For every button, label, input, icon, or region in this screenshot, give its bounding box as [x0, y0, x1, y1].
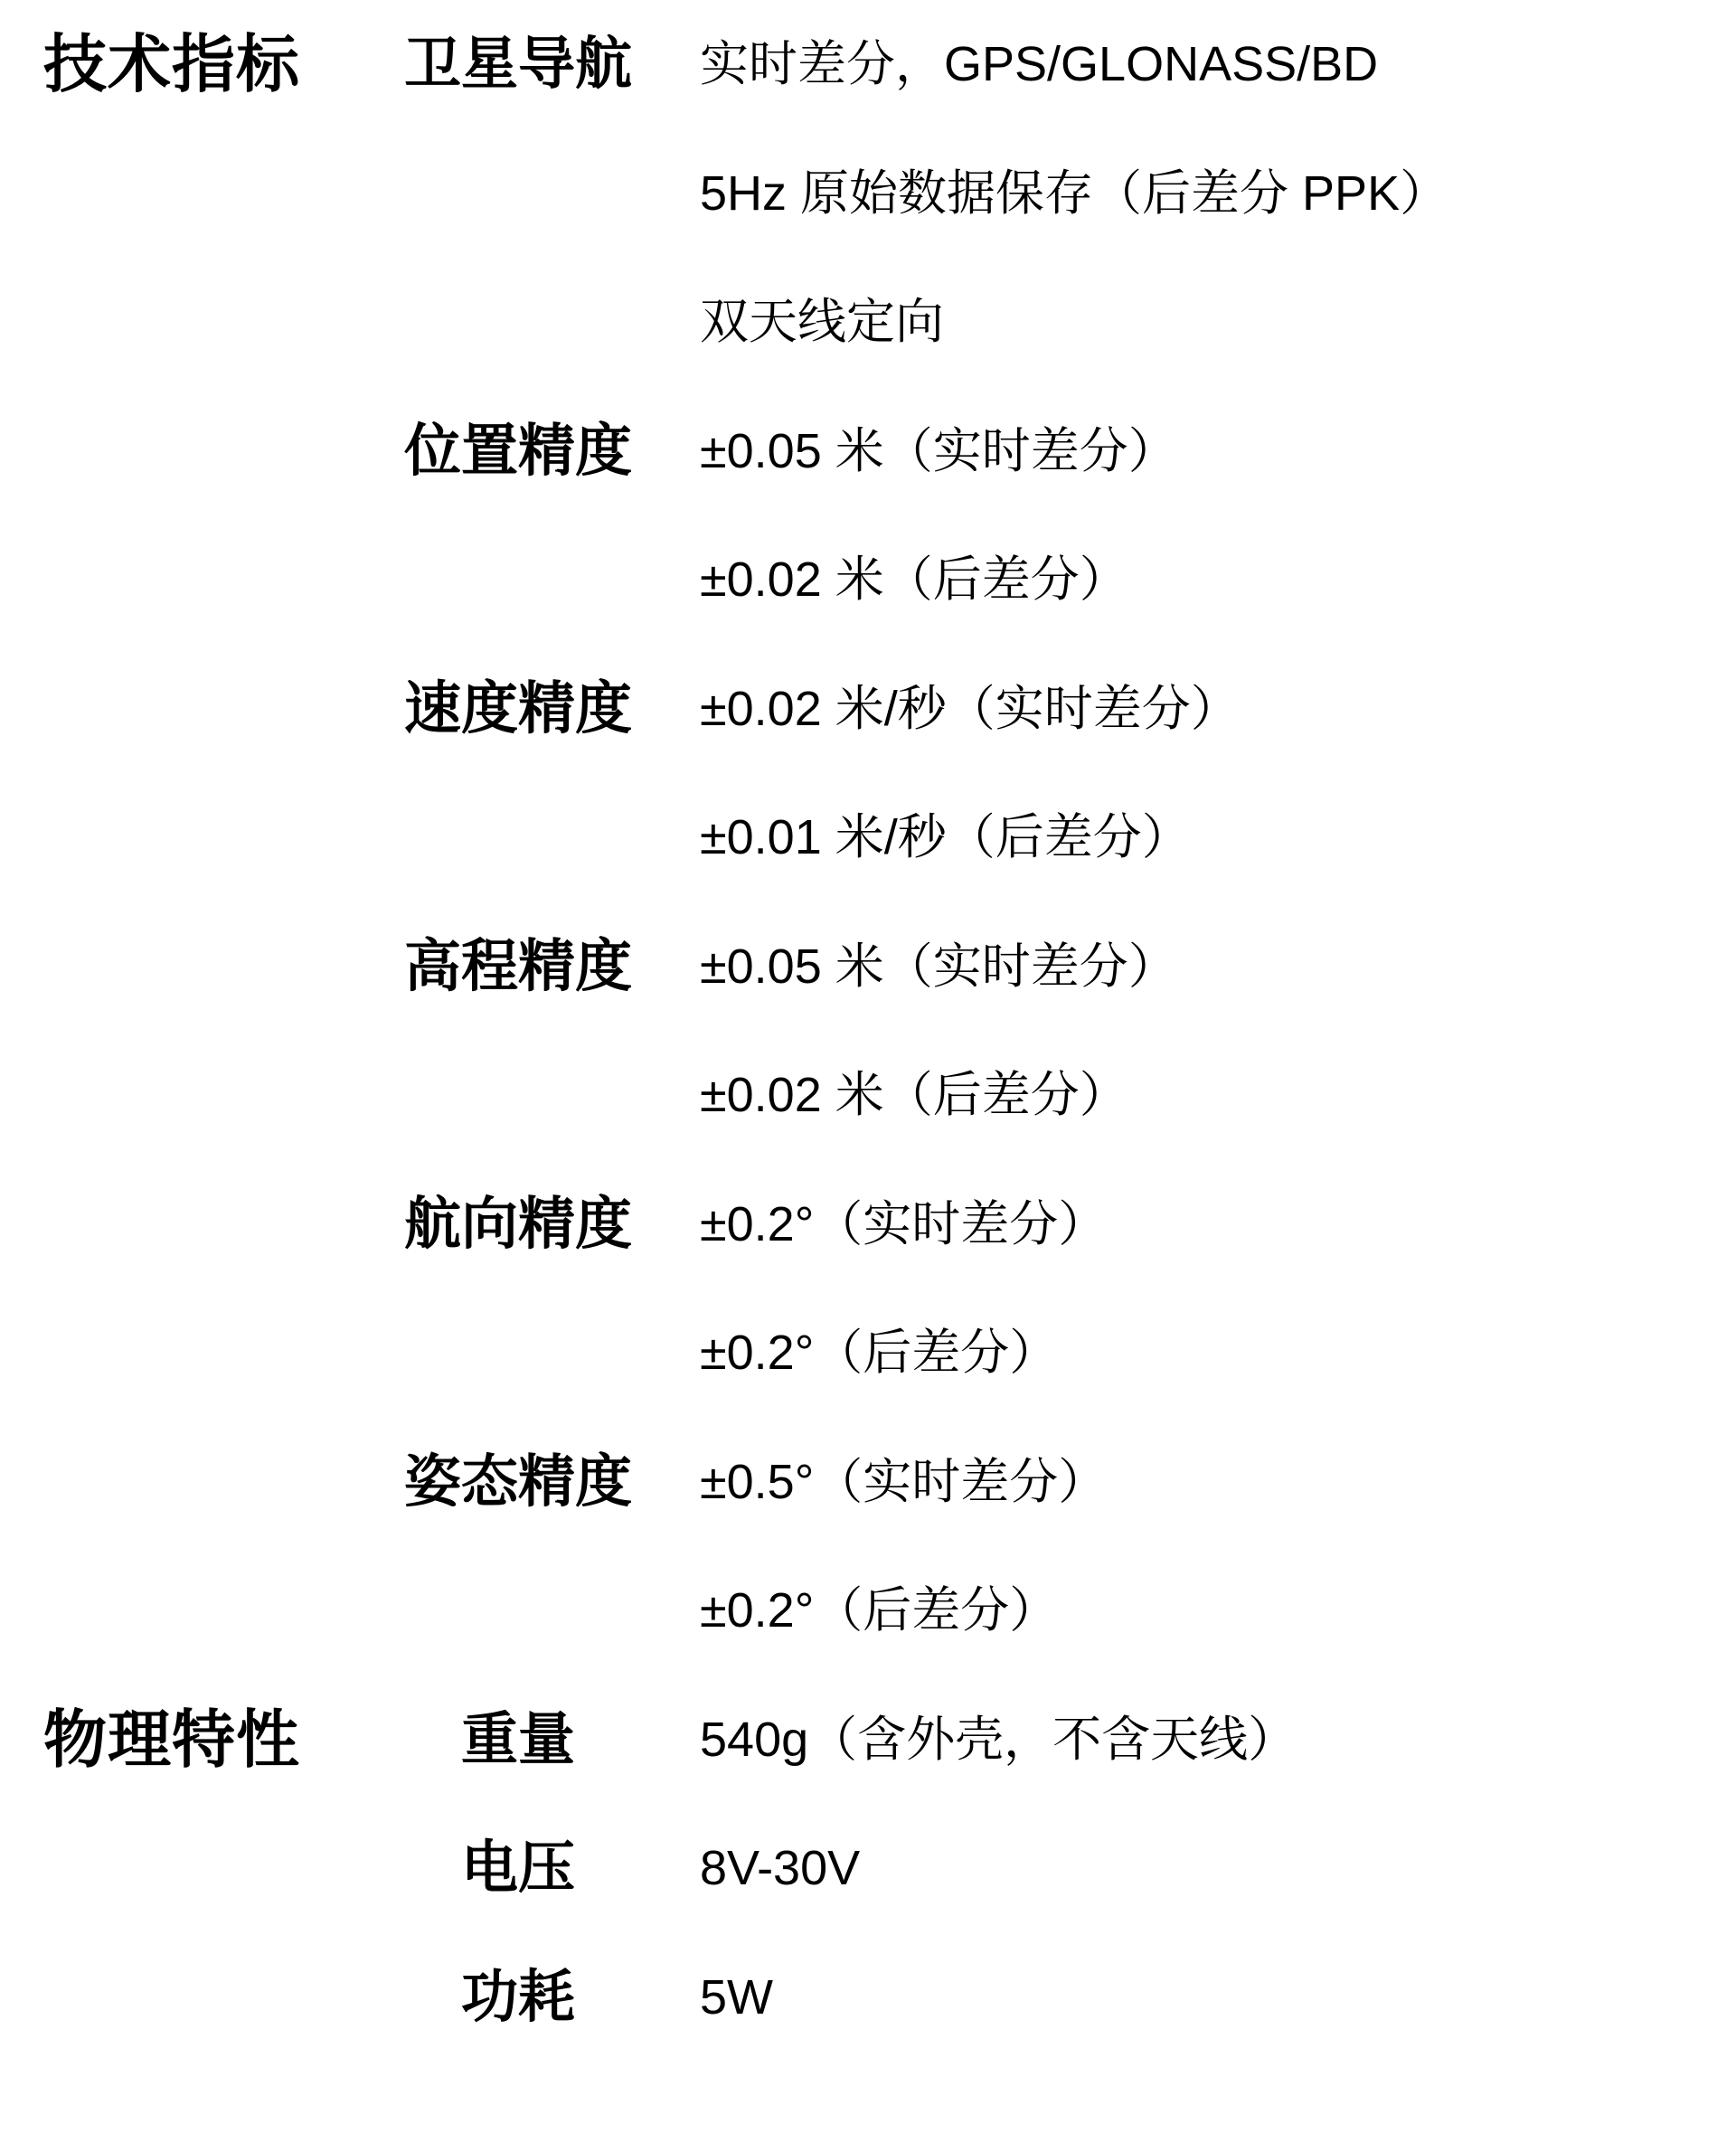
- spec-value: ±0.02 米/秒（实时差分）: [700, 645, 1736, 774]
- attribute-label: 重量: [389, 1675, 647, 1805]
- attr-group-attitude-accuracy: 姿态精度 ±0.5°（实时差分） ±0.2°（后差分）: [389, 1418, 1736, 1675]
- section-technical-specs: 技术指标 卫星导航 实时差分，GPS/GLONASS/BD 5Hz 原始数据保存…: [0, 0, 1736, 1675]
- attr-values-column: 540g（含外壳，不含天线）: [647, 1675, 1736, 1805]
- spec-value: 540g（含外壳，不含天线）: [700, 1675, 1736, 1805]
- attr-label-column: 位置精度: [389, 387, 647, 516]
- spec-value: ±0.02 米（后差分）: [700, 515, 1736, 645]
- attr-label-column: 高程精度: [389, 902, 647, 1032]
- spec-value: 实时差分，GPS/GLONASS/BD: [700, 0, 1736, 129]
- attr-group-satellite-nav: 卫星导航 实时差分，GPS/GLONASS/BD 5Hz 原始数据保存（后差分 …: [389, 0, 1736, 387]
- attribute-label: 功耗: [389, 1933, 647, 2062]
- attribute-label: 姿态精度: [389, 1418, 647, 1547]
- spec-value: 8V-30V: [700, 1804, 1736, 1933]
- attr-values-column: 5W: [647, 1933, 1736, 2062]
- attribute-label: 位置精度: [389, 387, 647, 516]
- section-title: 物理特性: [43, 1675, 389, 1805]
- section-title-column: 物理特性: [0, 1675, 389, 1805]
- section-attributes: 重量 540g（含外壳，不含天线） 电压 8V-30V: [389, 1675, 1736, 2062]
- spec-value: 双天线定向: [700, 258, 1736, 387]
- spec-value: ±0.05 米（实时差分）: [700, 387, 1736, 516]
- attr-label-column: 航向精度: [389, 1160, 647, 1289]
- section-title-column: 技术指标: [0, 0, 389, 129]
- spec-value: ±0.5°（实时差分）: [700, 1418, 1736, 1547]
- attr-label-column: 速度精度: [389, 645, 647, 774]
- section-attributes: 卫星导航 实时差分，GPS/GLONASS/BD 5Hz 原始数据保存（后差分 …: [389, 0, 1736, 1675]
- attribute-label: 电压: [389, 1804, 647, 1933]
- attr-group-weight: 重量 540g（含外壳，不含天线）: [389, 1675, 1736, 1805]
- spec-value: ±0.01 米/秒（后差分）: [700, 773, 1736, 902]
- spec-value: ±0.05 米（实时差分）: [700, 902, 1736, 1032]
- attr-values-column: ±0.02 米/秒（实时差分） ±0.01 米/秒（后差分）: [647, 645, 1736, 902]
- attr-group-elevation-accuracy: 高程精度 ±0.05 米（实时差分） ±0.02 米（后差分）: [389, 902, 1736, 1160]
- spec-value: ±0.2°（后差分）: [700, 1546, 1736, 1675]
- attr-label-column: 姿态精度: [389, 1418, 647, 1547]
- attr-label-column: 重量: [389, 1675, 647, 1805]
- attr-values-column: ±0.05 米（实时差分） ±0.02 米（后差分）: [647, 387, 1736, 645]
- attribute-label: 卫星导航: [389, 0, 647, 129]
- attribute-label: 航向精度: [389, 1160, 647, 1289]
- section-title: 技术指标: [43, 0, 389, 129]
- attr-values-column: ±0.05 米（实时差分） ±0.02 米（后差分）: [647, 902, 1736, 1160]
- spec-table: 技术指标 卫星导航 实时差分，GPS/GLONASS/BD 5Hz 原始数据保存…: [0, 0, 1736, 2062]
- attr-group-voltage: 电压 8V-30V: [389, 1804, 1736, 1933]
- attr-group-velocity-accuracy: 速度精度 ±0.02 米/秒（实时差分） ±0.01 米/秒（后差分）: [389, 645, 1736, 902]
- attr-group-power-consumption: 功耗 5W: [389, 1933, 1736, 2062]
- attr-label-column: 电压: [389, 1804, 647, 1933]
- spec-value: ±0.02 米（后差分）: [700, 1031, 1736, 1160]
- attr-values-column: 8V-30V: [647, 1804, 1736, 1933]
- section-physical-characteristics: 物理特性 重量 540g（含外壳，不含天线） 电压 8V-30V: [0, 1675, 1736, 2062]
- attribute-label: 速度精度: [389, 645, 647, 774]
- attr-label-column: 卫星导航: [389, 0, 647, 129]
- attribute-label: 高程精度: [389, 902, 647, 1032]
- spec-value: 5Hz 原始数据保存（后差分 PPK）: [700, 129, 1736, 259]
- attr-values-column: ±0.2°（实时差分） ±0.2°（后差分）: [647, 1160, 1736, 1418]
- attr-group-heading-accuracy: 航向精度 ±0.2°（实时差分） ±0.2°（后差分）: [389, 1160, 1736, 1418]
- attr-values-column: 实时差分，GPS/GLONASS/BD 5Hz 原始数据保存（后差分 PPK） …: [647, 0, 1736, 387]
- spec-value: 5W: [700, 1933, 1736, 2062]
- spec-value: ±0.2°（后差分）: [700, 1288, 1736, 1418]
- attr-label-column: 功耗: [389, 1933, 647, 2062]
- spec-value: ±0.2°（实时差分）: [700, 1160, 1736, 1289]
- attr-group-position-accuracy: 位置精度 ±0.05 米（实时差分） ±0.02 米（后差分）: [389, 387, 1736, 645]
- spec-sheet-page: 技术指标 卫星导航 实时差分，GPS/GLONASS/BD 5Hz 原始数据保存…: [0, 0, 1736, 2152]
- attr-values-column: ±0.5°（实时差分） ±0.2°（后差分）: [647, 1418, 1736, 1675]
